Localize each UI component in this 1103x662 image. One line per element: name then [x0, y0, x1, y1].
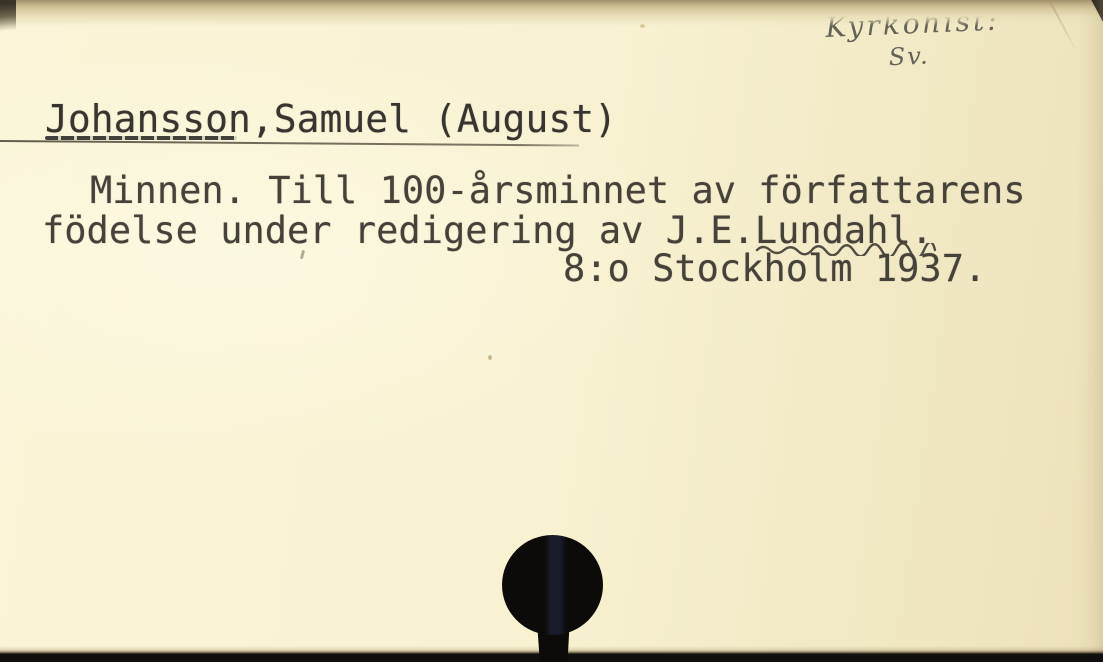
- card-bottom-edge-shadow: [0, 646, 1103, 662]
- dust-speck: [300, 250, 305, 259]
- title-line-1: Minnen. Till 100-årsminnet av författare…: [90, 172, 1026, 209]
- punch-hole: [502, 535, 603, 635]
- catalog-card: Kyrkohist: Sv. Johansson,Samuel (August)…: [0, 0, 1103, 662]
- author-heading: Johansson,Samuel (August): [45, 100, 617, 138]
- typed-surname-underline: [45, 136, 237, 140]
- dust-speck: [488, 355, 492, 360]
- author-surname: Johansson,: [45, 97, 274, 141]
- imprint-line: 8:o Stockholm 1937.: [563, 250, 986, 287]
- title-line-2-text: födelse under redigering av J.E.: [42, 209, 755, 252]
- card-right-edge-shade: [1077, 0, 1103, 662]
- card-top-left-corner: [0, 0, 16, 78]
- card-top-edge-shadow: [0, 0, 1103, 26]
- author-given-names: Samuel (August): [274, 97, 617, 141]
- classification-language: Sv.: [888, 36, 1057, 71]
